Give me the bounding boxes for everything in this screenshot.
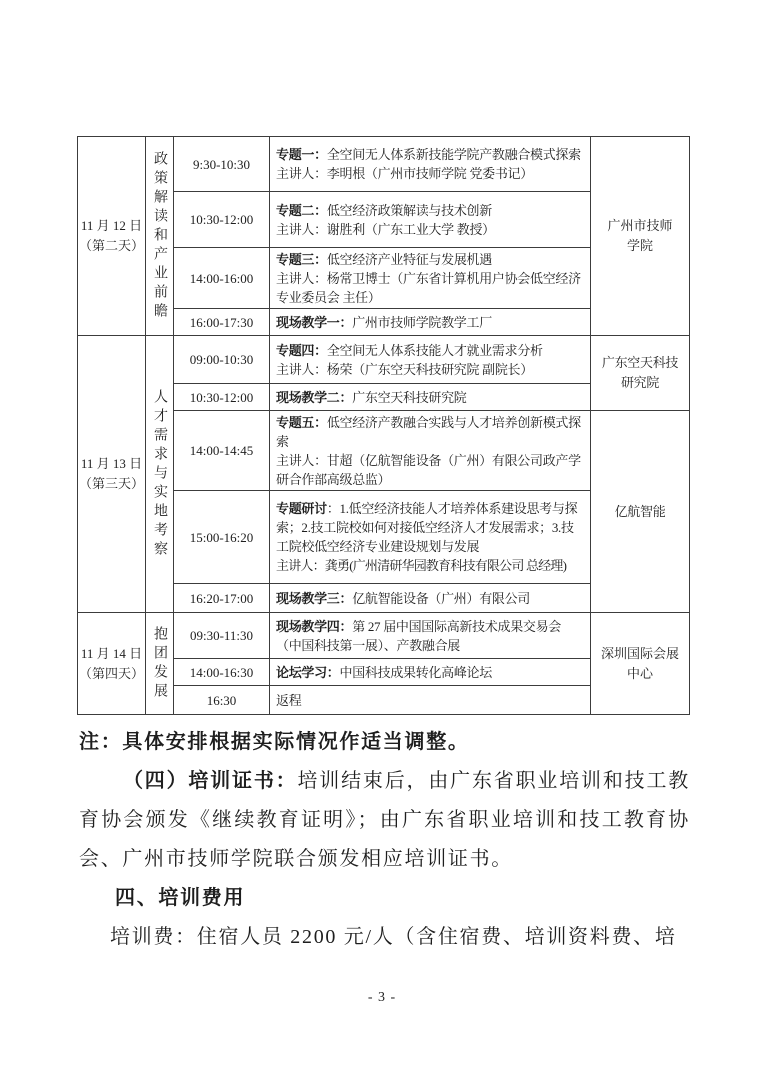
session-title: 专题三：低空经济产业特征与发展机遇 [276,250,586,269]
notes-block: 注：具体安排根据实际情况作适当调整。 （四）培训证书：培训结束后，由广东省职业培… [79,723,690,957]
location-line2: 研究院 [621,373,659,393]
table-row: 14:00-16:00 专题三：低空经济产业特征与发展机遇 主讲人：杨常卫博士（… [174,248,590,309]
location-column: 广东空天科技 研究院 亿航智能 [590,336,689,612]
date-cell: 11 月 12 日 （第二天） [78,137,146,335]
theme-vertical-text: 政策解读和产业前瞻 [150,151,169,322]
certificate-paragraph: （四）培训证书：培训结束后，由广东省职业培训和技工教育协会颁发《继续教育证明》；… [79,762,690,879]
session-speaker: 主讲人：杨荣（广东空天科技研究院 副院长） [276,360,586,379]
content-cell: 专题五：低空经济产教融合实践与人才培养创新模式探索 主讲人：甘超（亿航智能设备（… [270,411,590,490]
table-row: 9:30-10:30 专题一：全空间无人体系新技能学院产教融合模式探索 主讲人：… [174,137,590,192]
location-cell: 深圳国际会展 中心 [590,613,689,714]
time-cell: 10:30-12:00 [174,192,270,247]
location-line1: 广州市技师 [607,216,672,236]
date-line1: 11 月 14 日 [81,644,142,664]
time-cell: 10:30-12:00 [174,384,270,410]
content-cell: 专题三：低空经济产业特征与发展机遇 主讲人：杨常卫博士（广东省计算机用户协会低空… [270,248,590,308]
session-title: 专题四：全空间无人体系技能人才就业需求分析 [276,341,586,360]
location-cell: 广州市技师 学院 [590,137,689,335]
date-cell: 11 月 14 日 （第四天） [78,613,146,714]
time-cell: 15:00-16:20 [174,491,270,583]
session-speaker: 主讲人：甘超（亿航智能设备（广州）有限公司政产学研合作部高级总监） [276,451,586,489]
theme-vertical-text: 抱团发展 [150,626,169,702]
session-rows: 09:00-10:30 专题四：全空间无人体系技能人才就业需求分析 主讲人：杨荣… [174,336,590,612]
time-cell: 16:00-17:30 [174,309,270,335]
date-line2: （第四天） [79,664,144,684]
session-title: 现场教学四：第 27 届中国国际高新技术成果交易会（中国科技第一展）、产教融合展 [276,617,586,655]
table-row: 16:20-17:00 现场教学三：亿航智能设备（广州）有限公司 [174,584,590,612]
table-row: 16:30 返程 [174,686,590,714]
content-cell: 专题研讨：1.低空经济技能人才培养体系建设思考与探索；2.技工院校如何对接低空经… [270,491,590,583]
table-row: 14:00-14:45 专题五：低空经济产教融合实践与人才培养创新模式探索 主讲… [174,411,590,491]
time-cell: 09:00-10:30 [174,336,270,383]
theme-cell: 政策解读和产业前瞻 [146,137,174,335]
time-cell: 16:20-17:00 [174,584,270,612]
training-schedule-table: 11 月 12 日 （第二天） 政策解读和产业前瞻 9:30-10:30 专题一… [77,136,690,715]
content-cell: 现场教学一：广州市技师学院教学工厂 [270,309,590,335]
session-speaker: 主讲人：谢胜利（广东工业大学 教授） [276,220,586,239]
schedule-section-day2: 11 月 12 日 （第二天） 政策解读和产业前瞻 9:30-10:30 专题一… [78,137,689,336]
session-title: 返程 [276,691,586,710]
location-line2: 中心 [627,664,653,684]
session-title: 论坛学习：中国科技成果转化高峰论坛 [276,663,586,682]
content-cell: 返程 [270,686,590,714]
session-speaker: 主讲人：杨常卫博士（广东省计算机用户协会低空经济专业委员会 主任） [276,269,586,307]
table-row: 10:30-12:00 现场教学二：广东空天科技研究院 [174,384,590,411]
content-cell: 现场教学四：第 27 届中国国际高新技术成果交易会（中国科技第一展）、产教融合展 [270,613,590,658]
session-title: 专题五：低空经济产教融合实践与人才培养创新模式探索 [276,413,586,451]
time-cell: 14:00-16:00 [174,248,270,308]
date-line2: （第三天） [79,474,144,494]
schedule-section-day3: 11 月 13 日 （第三天） 人才需求与实地考察 09:00-10:30 专题… [78,336,689,613]
content-cell: 专题二：低空经济政策解读与技术创新 主讲人：谢胜利（广东工业大学 教授） [270,192,590,247]
content-cell: 专题四：全空间无人体系技能人才就业需求分析 主讲人：杨荣（广东空天科技研究院 副… [270,336,590,383]
table-row: 10:30-12:00 专题二：低空经济政策解读与技术创新 主讲人：谢胜利（广东… [174,192,590,248]
schedule-section-day4: 11 月 14 日 （第四天） 抱团发展 09:30-11:30 现场教学四：第… [78,613,689,714]
location-line2: 学院 [627,236,653,256]
session-speaker: 主讲人：李明根（广州市技师学院 党委书记） [276,164,586,183]
session-title: 现场教学二：广东空天科技研究院 [276,388,586,407]
date-line1: 11 月 12 日 [81,216,142,236]
session-title: 现场教学三：亿航智能设备（广州）有限公司 [276,589,586,608]
fee-line: 培训费：住宿人员 2200 元/人（含住宿费、培训资料费、培 [79,918,690,957]
location-line1: 亿航智能 [615,502,666,522]
session-title: 专题二：低空经济政策解读与技术创新 [276,201,586,220]
table-row: 15:00-16:20 专题研讨：1.低空经济技能人才培养体系建设思考与探索；2… [174,491,590,584]
content-cell: 专题一：全空间无人体系新技能学院产教融合模式探索 主讲人：李明根（广州市技师学院… [270,137,590,191]
date-line2: （第二天） [79,236,144,256]
session-rows: 09:30-11:30 现场教学四：第 27 届中国国际高新技术成果交易会（中国… [174,613,590,714]
time-cell: 14:00-14:45 [174,411,270,490]
theme-vertical-text: 人才需求与实地考察 [150,389,169,560]
content-cell: 现场教学二：广东空天科技研究院 [270,384,590,410]
date-line1: 11 月 13 日 [81,454,142,474]
fee-section-heading: 四、培训费用 [79,879,690,918]
location-line1: 广东空天科技 [602,353,678,373]
adjustment-note: 注：具体安排根据实际情况作适当调整。 [79,723,690,762]
session-title: 现场教学一：广州市技师学院教学工厂 [276,313,586,332]
location-line1: 深圳国际会展 [601,644,679,664]
session-speaker: 主讲人：龚勇(广州清研华园教育科技有限公司 总经理) [276,556,586,575]
page-number: - 3 - [0,990,764,1006]
location-cell: 广东空天科技 研究院 [591,336,689,411]
time-cell: 09:30-11:30 [174,613,270,658]
location-cell: 亿航智能 [591,411,689,612]
table-row: 09:00-10:30 专题四：全空间无人体系技能人才就业需求分析 主讲人：杨荣… [174,336,590,384]
table-row: 14:00-16:30 论坛学习：中国科技成果转化高峰论坛 [174,659,590,686]
content-cell: 现场教学三：亿航智能设备（广州）有限公司 [270,584,590,612]
date-cell: 11 月 13 日 （第三天） [78,336,146,612]
theme-cell: 人才需求与实地考察 [146,336,174,612]
time-cell: 9:30-10:30 [174,137,270,191]
table-row: 16:00-17:30 现场教学一：广州市技师学院教学工厂 [174,309,590,335]
content-cell: 论坛学习：中国科技成果转化高峰论坛 [270,659,590,685]
session-title: 专题一：全空间无人体系新技能学院产教融合模式探索 [276,145,586,164]
session-title: 专题研讨：1.低空经济技能人才培养体系建设思考与探索；2.技工院校如何对接低空经… [276,499,586,556]
session-rows: 9:30-10:30 专题一：全空间无人体系新技能学院产教融合模式探索 主讲人：… [174,137,590,335]
time-cell: 14:00-16:30 [174,659,270,685]
theme-cell: 抱团发展 [146,613,174,714]
table-row: 09:30-11:30 现场教学四：第 27 届中国国际高新技术成果交易会（中国… [174,613,590,659]
time-cell: 16:30 [174,686,270,714]
